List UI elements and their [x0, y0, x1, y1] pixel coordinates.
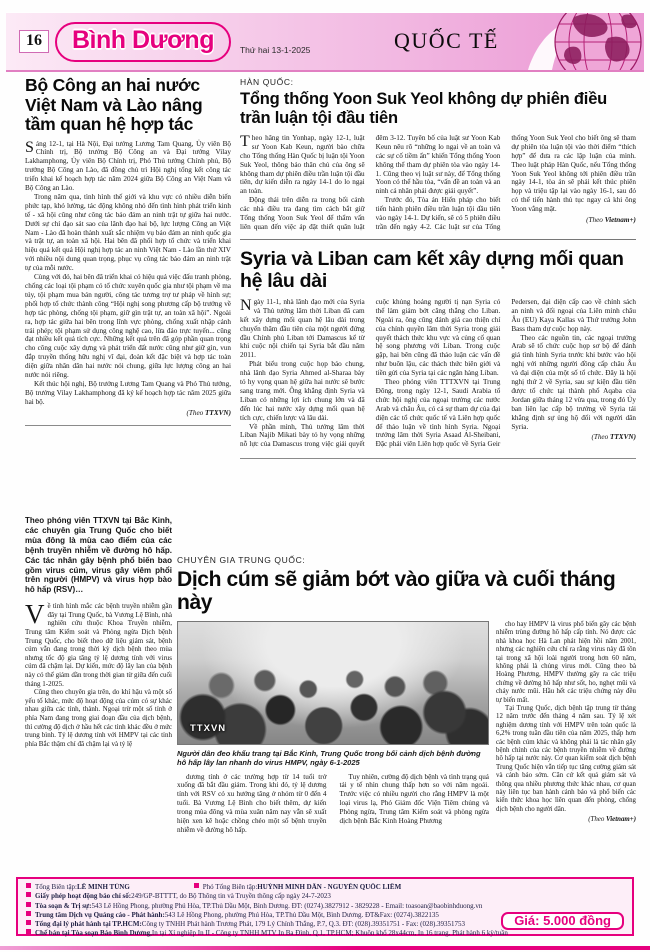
imprint-row: Giấy phép hoạt động báo chí số: 249/GP-B… — [26, 892, 624, 901]
byline: (Theo Vietnam+) — [496, 816, 636, 824]
article-intro: Theo phóng viên TTXVN tại Bắc Kinh, các … — [25, 516, 172, 595]
section-title: QUỐC TẾ — [394, 28, 499, 54]
article-yoon-suk-yeol: HÀN QUỐC: Tổng thống Yoon Suk Yeol không… — [240, 78, 636, 232]
imprint-item: Tòa soạn & Trị sự: 543 Lê Hồng Phong, ph… — [26, 902, 482, 911]
globe-icon — [498, 13, 644, 70]
article-paragraph: Cùng với đó, hai bên đã triển khai có hi… — [25, 273, 231, 380]
article-title: Syria và Liban cam kết xây dựng mối quan… — [240, 248, 636, 292]
bullet-icon — [26, 883, 31, 888]
article-paragraph: Sáng 12-1, tại Hà Nội, Đại tướng Lương T… — [25, 140, 231, 193]
article-paragraph: Trong năm qua, tình hình thế giới và khu… — [25, 193, 231, 273]
article-vietnam-laos: Bộ Công an hai nước Việt Nam và Lào nâng… — [25, 76, 231, 426]
article-title: Tổng thống Yoon Suk Yeol không dự phiên … — [240, 90, 636, 128]
imprint-item: Chế bản tại Tòa soạn Báo Bình Dương, In … — [26, 929, 508, 938]
article-paragraph: Phát biểu trong cuộc họp báo chung, nhà … — [240, 360, 365, 422]
article-paragraph: dương tính ở các trường hợp từ 14 tuổi t… — [177, 773, 327, 835]
under-photo-columns: dương tính ở các trường hợp từ 14 tuổi t… — [177, 773, 489, 835]
bottom-border-bar — [0, 946, 650, 950]
article-paragraph: Theo hãng tin Yonhap, ngày 12-1, luật sư… — [240, 134, 365, 196]
issue-date: Thứ hai 13-1-2025 — [240, 45, 310, 55]
imprint-item: Trung tâm Dịch vụ Quảng cáo - Phát hành:… — [26, 911, 439, 920]
imprint-box: Tổng Biên tập: LÊ MINH TÙNG Phó Tổng Biê… — [16, 877, 634, 936]
bullet-icon — [26, 920, 31, 925]
article-right-column: cho hay HMPV là virus phổ biến gây các b… — [496, 621, 636, 835]
article-flu-left-column: Theo phóng viên TTXVN tại Bắc Kinh, các … — [25, 516, 172, 872]
imprint-item: Phó Tổng Biên tập: HUỲNH MINH DÂN - NGUY… — [194, 883, 401, 892]
byline: (Theo TTXVN) — [511, 433, 636, 442]
masthead: 16 Bình Dương Thứ hai 13-1-2025 QUỐC TẾ — [6, 12, 644, 72]
article-columns: Ngày 11-1, nhà lãnh đạo mới của Syria và… — [240, 298, 636, 449]
newspaper-logo-text: Bình Dương — [72, 26, 214, 54]
article-paragraph: Tại Trung Quốc, dịch bệnh tập trung từ t… — [496, 705, 636, 814]
article-flu-main: CHUYÊN GIA TRUNG QUỐC: Dịch cúm sẽ giảm … — [177, 556, 636, 835]
article-columns: Theo hãng tin Yonhap, ngày 12-1, luật sư… — [240, 134, 636, 232]
article-paragraph: Về tình hình mắc các bệnh truyền nhiễm g… — [25, 602, 172, 688]
article-body-row: TTXVN Người dân đeo khẩu trang tại Bắc K… — [177, 621, 636, 835]
photo-caption: Người dân đeo khẩu trang tại Bắc Kinh, T… — [177, 749, 489, 768]
bullet-icon — [194, 883, 199, 888]
byline: (Theo Vietnam+) — [511, 216, 636, 225]
article-title: Bộ Công an hai nước Việt Nam và Lào nâng… — [25, 76, 231, 135]
article-kicker: HÀN QUỐC: — [240, 78, 636, 87]
article-paragraph: Ngày 11-1, nhà lãnh đạo mới của Syria và… — [240, 298, 365, 360]
imprint-row: Tổng Biên tập: LÊ MINH TÙNG Phó Tổng Biê… — [26, 883, 624, 892]
article-syria-liban: Syria và Liban cam kết xây dựng mối quan… — [240, 248, 636, 449]
right-column-block: HÀN QUỐC: Tổng thống Yoon Suk Yeol không… — [240, 78, 636, 459]
article-paragraph: cho hay HMPV là virus phổ biến gây các b… — [496, 621, 636, 705]
imprint-row: Tòa soạn & Trị sự: 543 Lê Hồng Phong, ph… — [26, 902, 624, 911]
article-paragraph: Tuy nhiên, cường độ dịch bệnh và tình tr… — [340, 773, 490, 835]
article-paragraph: Theo các nguồn tin, các ngoại trưởng Ara… — [511, 334, 636, 432]
imprint-item: Giấy phép hoạt động báo chí số: 249/GP-B… — [26, 892, 331, 901]
price-badge: Giá: 5.000 đồng — [501, 912, 624, 930]
article-paragraph: Cũng theo chuyên gia trên, do khí hậu và… — [25, 688, 172, 748]
bullet-icon — [26, 902, 31, 907]
imprint-item: Tổng Biên tập: LÊ MINH TÙNG — [26, 883, 130, 892]
photo-stack: TTXVN Người dân đeo khẩu trang tại Bắc K… — [177, 621, 489, 835]
page-number: 16 — [19, 30, 49, 53]
article-kicker: CHUYÊN GIA TRUNG QUỐC: — [177, 556, 636, 565]
article-paragraph: Kết thúc hội nghị, Bộ trưởng Lương Tam Q… — [25, 380, 231, 407]
article-title: Dịch cúm sẽ giảm bớt vào giữa và cuối th… — [177, 568, 627, 614]
bullet-icon — [26, 929, 31, 934]
photo-watermark: TTXVN — [190, 723, 226, 734]
imprint-item: Tổng đại lý phát hành tại TP.HCM: Công t… — [26, 920, 465, 929]
newspaper-logo: Bình Dương — [55, 22, 231, 62]
divider — [240, 239, 636, 240]
byline: (Theo TTXVN) — [25, 409, 231, 418]
newspaper-page: 16 Bình Dương Thứ hai 13-1-2025 QUỐC TẾ — [0, 0, 650, 952]
news-photo: TTXVN — [177, 621, 489, 745]
bullet-icon — [26, 911, 31, 916]
imprint-row: Chế bản tại Tòa soạn Báo Bình Dương, In … — [26, 929, 624, 938]
bullet-icon — [26, 892, 31, 897]
